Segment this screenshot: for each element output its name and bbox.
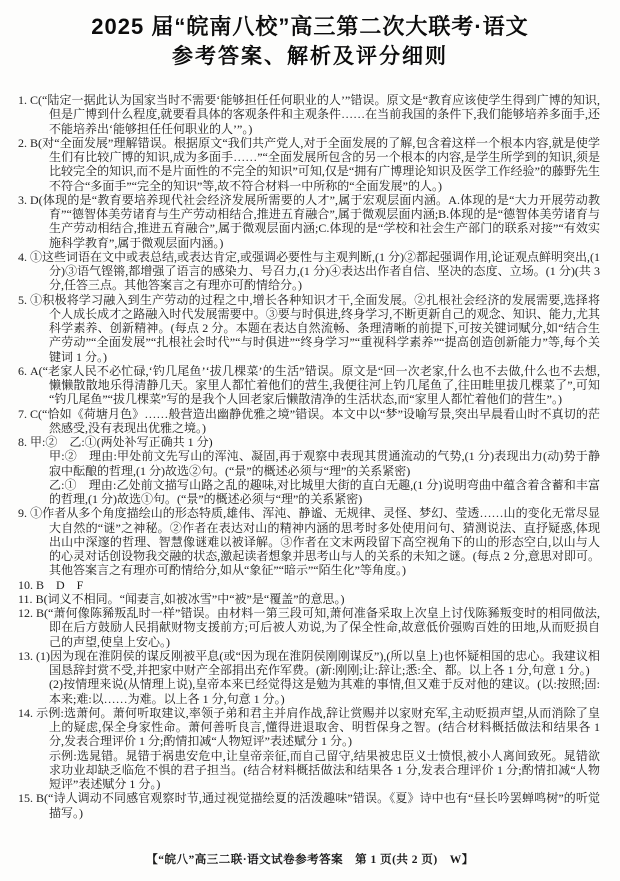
answer-item-1: 1.C(“陆定一据此认为国家当时不需要‘能够担任任何职业的人’”错误。原文是“教… (18, 93, 600, 136)
item-number: 12. (18, 606, 36, 620)
answer-text: B(对“全面发展”理解错误。根据原文“我们共产党人,对于全面发展的了解,包含着这… (30, 136, 600, 193)
answer-item-15: 15.B(“诗人调动不同感官观察时节,通过视觉描绘夏的活泼趣味”错误。《夏》诗中… (18, 791, 600, 820)
answer-text: B D F (36, 578, 83, 592)
answer-text: 示例:选萧何。萧何听取建议,率领子弟和君主并肩作战,辞让赏赐并以家财充军,主动贬… (36, 706, 600, 749)
item-number: 9. (18, 506, 30, 520)
page-footer: 【“皖八”高三二联·语文试卷参考答案 第 1 页(共 2 页) W】 (0, 851, 620, 867)
item-number: 15. (18, 791, 36, 805)
answer-item-9: 9.①作者从多个角度描绘山的形态特质,雄伟、浑沌、静谧、无规律、灵怪、梦幻、莹透… (18, 506, 600, 577)
answer-item-13: 13.(1)因为现在淮阴侯的谋反刚被平息(或“因为现在淮阴侯刚刚谋反”),(所以… (18, 649, 600, 706)
item-number: 14. (18, 706, 36, 720)
answer-text: ①积极将学习融入到生产劳动的过程之中,增长各种知识才干,全面发展。②扎根社会经济… (30, 293, 600, 364)
answer-text: ①作者从多个角度描绘山的形态特质,雄伟、浑沌、静谧、无规律、灵怪、梦幻、莹透……… (30, 506, 600, 577)
item-number: 13. (18, 649, 36, 663)
page-title-block: 2025 届“皖南八校”高三第二次大联考·语文 参考答案、解析及评分细则 (0, 13, 620, 70)
answer-item-11: 11.B(词义不相同。“闻妻言,如被冰雪”中“被”是“覆盖”的意思。) (18, 592, 600, 606)
answer-item-4: 4.①这些词语在文中或表总结,或表达肯定,或强调必要性与主观判断,(1 分)②都… (18, 250, 600, 293)
answer-text: 乙:① 理由:乙处前文描写山路之乱的趣味,对比城里大街的直白无趣,(1 分)说明… (49, 478, 600, 506)
answers-body: 1.C(“陆定一据此认为国家当时不需要‘能够担任任何职业的人’”错误。原文是“教… (18, 93, 600, 820)
answer-item-5: 5.①积极将学习融入到生产劳动的过程之中,增长各种知识才干,全面发展。②扎根社会… (18, 293, 600, 364)
answer-item-2: 2.B(对“全面发展”理解错误。根据原文“我们共产党人,对于全面发展的了解,包含… (18, 136, 600, 193)
page-title: 2025 届“皖南八校”高三第二次大联考·语文 (0, 13, 620, 40)
answer-item-12: 12.B(“萧何像陈豨叛乱时一样”错误。由材料一第三段可知,萧何准备采取上次皇上… (18, 606, 600, 649)
answer-text: D(体现的是“教育要培养现代社会经济发展所需要的人才”,属于宏观层面内涵。A.体… (30, 193, 600, 250)
answer-text: ①这些词语在文中或表总结,或表达肯定,或强调必要性与主观判断,(1 分)②都起强… (30, 250, 600, 293)
item-number: 10. (18, 578, 36, 592)
answer-item-10: 10.B D F (18, 578, 600, 592)
answer-text: B(“萧何像陈豨叛乱时一样”错误。由材料一第三段可知,萧何准备采取上次皇上讨伐陈… (36, 606, 600, 649)
answer-text: B(“诗人调动不同感官观察时节,通过视觉描绘夏的活泼趣味”错误。《夏》诗中也有“… (36, 791, 600, 819)
answer-text: A(“老家人民不必忙碌,‘钓几尾鱼’‘拔几棵菜’的生活”错误。原文是“回一次老家… (30, 364, 600, 407)
item-number: 8. (18, 435, 30, 449)
answer-text: B(词义不相同。“闻妻言,如被冰雪”中“被”是“覆盖”的意思。) (36, 592, 345, 606)
answer-text: (1)因为现在淮阴侯的谋反刚被平息(或“因为现在淮阴侯刚刚谋反”),(所以皇上)… (36, 649, 600, 677)
page-subtitle: 参考答案、解析及评分细则 (0, 43, 620, 70)
item-number: 6. (18, 364, 30, 378)
answer-text: C(“陆定一据此认为国家当时不需要‘能够担任任何职业的人’”错误。原文是“教育应… (30, 93, 600, 136)
item-number: 7. (18, 407, 30, 421)
answer-item-7: 7.C(“恰如《荷塘月色》……般营造出幽静优雅之境”错误。本文中以“梦”设喻写景… (18, 407, 600, 436)
answer-text: 甲:② 乙:①(两处补写正确共 1 分) (30, 435, 213, 449)
answer-text: 甲:② 理由:甲处前文先写山的浑沌、凝固,再于观察中表现其贯通流动的气势,(1 … (49, 449, 600, 477)
item-number: 5. (18, 293, 30, 307)
item-number: 11. (18, 592, 36, 606)
item-number: 2. (18, 136, 30, 150)
answer-item-14: 14.示例:选萧何。萧何听取建议,率领子弟和君主并肩作战,辞让赏赐并以家财充军,… (18, 706, 600, 792)
answer-text: 示例:选晁错。晁错于祸患安危中,让皇帝亲征,而自己留守,结果被忠臣义士愤恨,被小… (49, 749, 600, 792)
item-number: 3. (18, 193, 30, 207)
answer-text: C(“恰如《荷塘月色》……般营造出幽静优雅之境”错误。本文中以“梦”设喻写景,突… (30, 407, 600, 435)
item-number: 4. (18, 250, 30, 264)
answer-item-3: 3.D(体现的是“教育要培养现代社会经济发展所需要的人才”,属于宏观层面内涵。A… (18, 193, 600, 250)
item-number: 1. (18, 93, 30, 107)
answer-item-6: 6.A(“老家人民不必忙碌,‘钓几尾鱼’‘拔几棵菜’的生活”错误。原文是“回一次… (18, 364, 600, 407)
answer-sheet-page: 2025 届“皖南八校”高三第二次大联考·语文 参考答案、解析及评分细则 1.C… (0, 0, 620, 881)
answer-item-8: 8.甲:② 乙:①(两处补写正确共 1 分) 甲:② 理由:甲处前文先写山的浑沌… (18, 435, 600, 506)
answer-text: (2)按情理来说(从情理上说),皇帝本来已经觉得这是勉为其难的事情,但又难于反对… (49, 677, 600, 705)
